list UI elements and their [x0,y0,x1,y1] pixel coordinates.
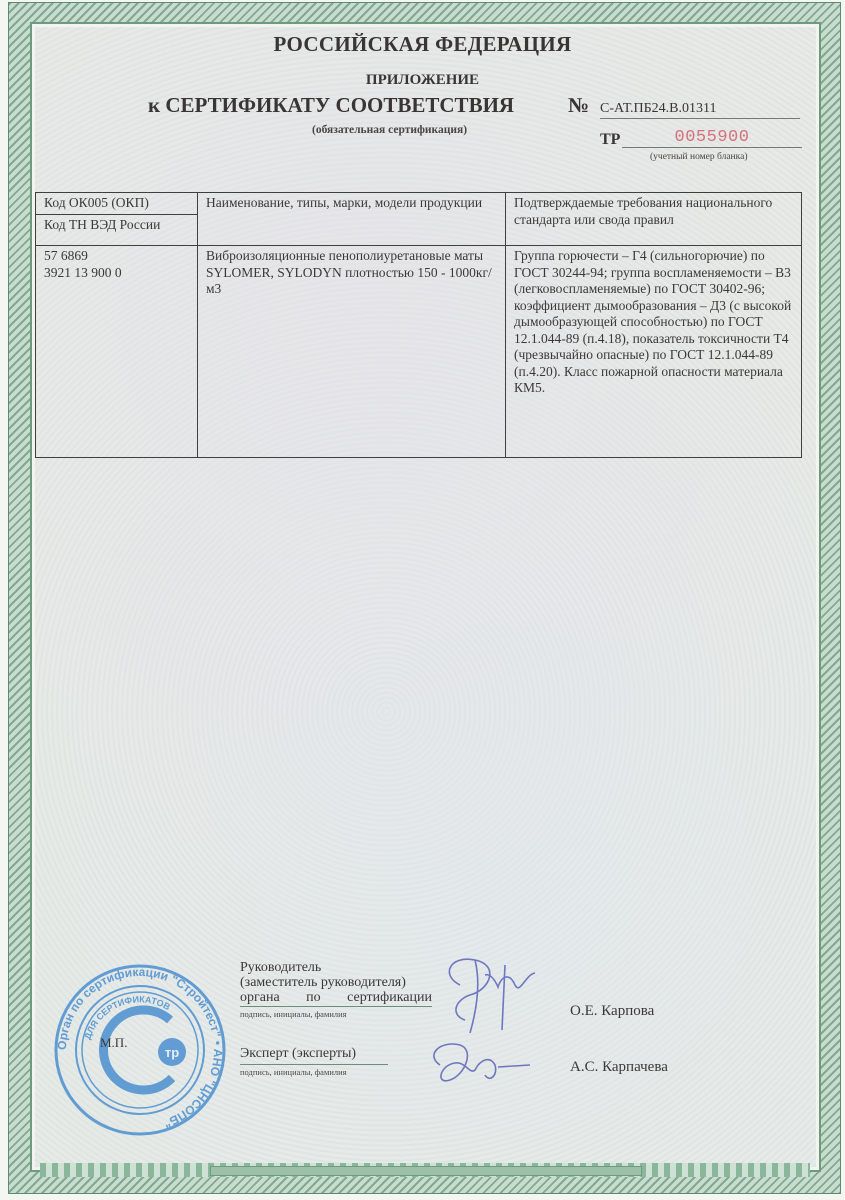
head-title: Руководитель (заместитель руководителя) … [240,960,432,1005]
country-heading: РОССИЙСКАЯ ФЕДЕРАЦИЯ [0,32,845,57]
head-signature-caption: подпись, инициалы, фамилия [240,1009,347,1019]
cell-code-tn-ved: 3921 13 900 0 [44,265,189,282]
expert-signature-icon [420,1035,540,1095]
certificate-title: к СЕРТИФИКАТУ СООТВЕТСТВИЯ [148,93,514,118]
cell-code-okp: 57 6869 [44,248,189,265]
certificate-table: Код ОК005 (ОКП) Код ТН ВЭД России Наимен… [35,192,802,458]
cell-product-name: Виброизоляционные пенополиуретановые мат… [198,246,506,458]
head-signature-line [240,1006,432,1007]
seal-label: М.П. [100,1035,127,1051]
head-title-line3: органа по сертификации [240,990,432,1005]
expert-name: А.С. Карпачева [570,1059,668,1076]
head-title-line2: (заместитель руководителя) [240,975,432,990]
cell-codes: 57 6869 3921 13 900 0 [36,246,198,458]
header-product-name: Наименование, типы, марки, модели продук… [198,193,506,246]
certificate-number: С-АТ.ПБ24.В.01311 [600,101,800,119]
svg-text:Орган по сертификации "Стройте: Орган по сертификации "Стройтест" • АНО … [55,965,225,1131]
header-code-okp: Код ОК005 (ОКП) [36,193,197,215]
table-header-row: Код ОК005 (ОКП) Код ТН ВЭД России Наимен… [36,193,802,246]
tr-label: ТР [600,131,620,149]
blank-number-caption: (учетный номер бланка) [650,152,747,162]
head-name: О.Е. Карпова [570,1003,654,1020]
certification-type: (обязательная сертификация) [312,124,467,136]
appendix-heading: ПРИЛОЖЕНИЕ [0,72,845,89]
header-codes: Код ОК005 (ОКП) Код ТН ВЭД России [36,193,198,246]
header-requirements: Подтверждаемые требования национального … [506,193,802,246]
table-row: 57 6869 3921 13 900 0 Виброизоляционные … [36,246,802,458]
certification-stamp-icon: Орган по сертификации "Стройтест" • АНО … [50,960,230,1140]
head-title-line1: Руководитель [240,960,432,975]
stamp-ring-text: Орган по сертификации "Стройтест" • АНО … [55,965,225,1131]
expert-title: Эксперт (эксперты) [240,1046,356,1062]
cell-requirements: Группа горючести – Г4 (сильногорючие) по… [506,246,802,458]
head-signature-icon [430,945,570,1035]
header-code-tn-ved: Код ТН ВЭД России [36,215,197,239]
expert-signature-line [240,1064,388,1065]
expert-signature-caption: подпись, инициалы, фамилия [240,1067,347,1077]
footer-microprint [210,1166,642,1176]
number-sign: № [568,93,589,118]
blank-number: 0055900 [622,128,802,148]
stamp-logo: тр [165,1045,179,1060]
